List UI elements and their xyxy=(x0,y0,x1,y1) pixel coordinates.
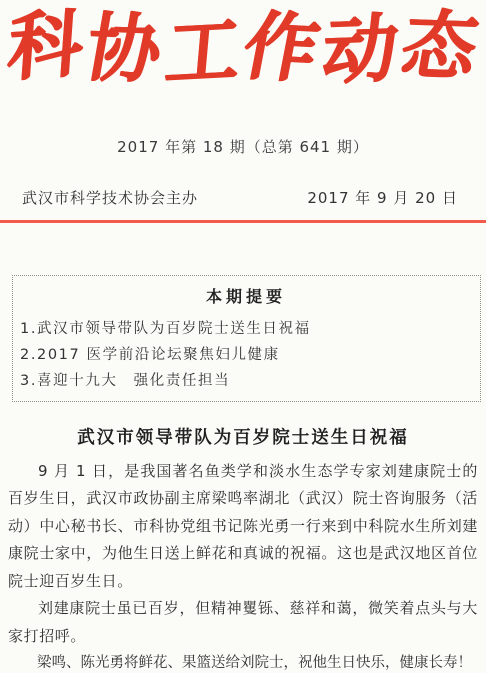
summary-box: 本期提要 1.武汉市领导带队为百岁院士送生日祝福 2.2017 医学前沿论坛聚焦… xyxy=(12,275,481,402)
title-char-1: 科 xyxy=(5,0,86,93)
title-char-5: 动 xyxy=(318,5,402,96)
article-title: 武汉市领导带队为百岁院士送生日祝福 xyxy=(0,426,486,450)
article-paragraph-3: 梁鸣、陈光勇将鲜花、果篮送给刘院士，祝他生日快乐，健康长寿！ xyxy=(8,650,478,673)
issue-date: 2017 年 9 月 20 日 xyxy=(307,188,458,208)
title-char-4: 作 xyxy=(236,2,326,95)
summary-item-1: 1.武汉市领导带队为百岁院士送生日祝福 xyxy=(20,316,474,342)
summary-item-3: 3.喜迎十九大 强化责任担当 xyxy=(20,368,474,394)
article-paragraph-1: 9 月 1 日，是我国著名鱼类学和淡水生态学专家刘建康院士的百岁生日，武汉市政协… xyxy=(8,458,478,596)
title-char-3: 工 xyxy=(161,6,243,99)
title-char-6: 态 xyxy=(394,1,483,92)
publisher-name: 武汉市科学技术协会主办 xyxy=(22,188,198,208)
summary-heading: 本期提要 xyxy=(18,287,474,307)
article-body: 9 月 1 日，是我国著名鱼类学和淡水生态学专家刘建康院士的百岁生日，武汉市政协… xyxy=(0,458,486,673)
publisher-row: 武汉市科学技术协会主办 2017 年 9 月 20 日 xyxy=(0,188,486,208)
masthead: 科 协 工 作 动 态 2017 年第 18 期（总第 641 期） 武汉市科学… xyxy=(0,0,486,223)
newsletter-title: 科 协 工 作 动 态 xyxy=(0,0,486,106)
red-divider-rule xyxy=(0,220,486,223)
newsletter-page: 科 协 工 作 动 态 2017 年第 18 期（总第 641 期） 武汉市科学… xyxy=(0,0,486,673)
article-paragraph-2: 刘建康院士虽已百岁，但精神矍铄、慈祥和蔼，微笑着点头与大家打招呼。 xyxy=(8,595,478,650)
summary-list: 1.武汉市领导带队为百岁院士送生日祝福 2.2017 医学前沿论坛聚焦妇儿健康 … xyxy=(18,316,474,394)
summary-item-2: 2.2017 医学前沿论坛聚焦妇儿健康 xyxy=(20,342,474,368)
title-char-2: 协 xyxy=(79,4,168,95)
issue-number-line: 2017 年第 18 期（总第 641 期） xyxy=(0,137,486,157)
article: 武汉市领导带队为百岁院士送生日祝福 9 月 1 日，是我国著名鱼类学和淡水生态学… xyxy=(0,426,486,673)
